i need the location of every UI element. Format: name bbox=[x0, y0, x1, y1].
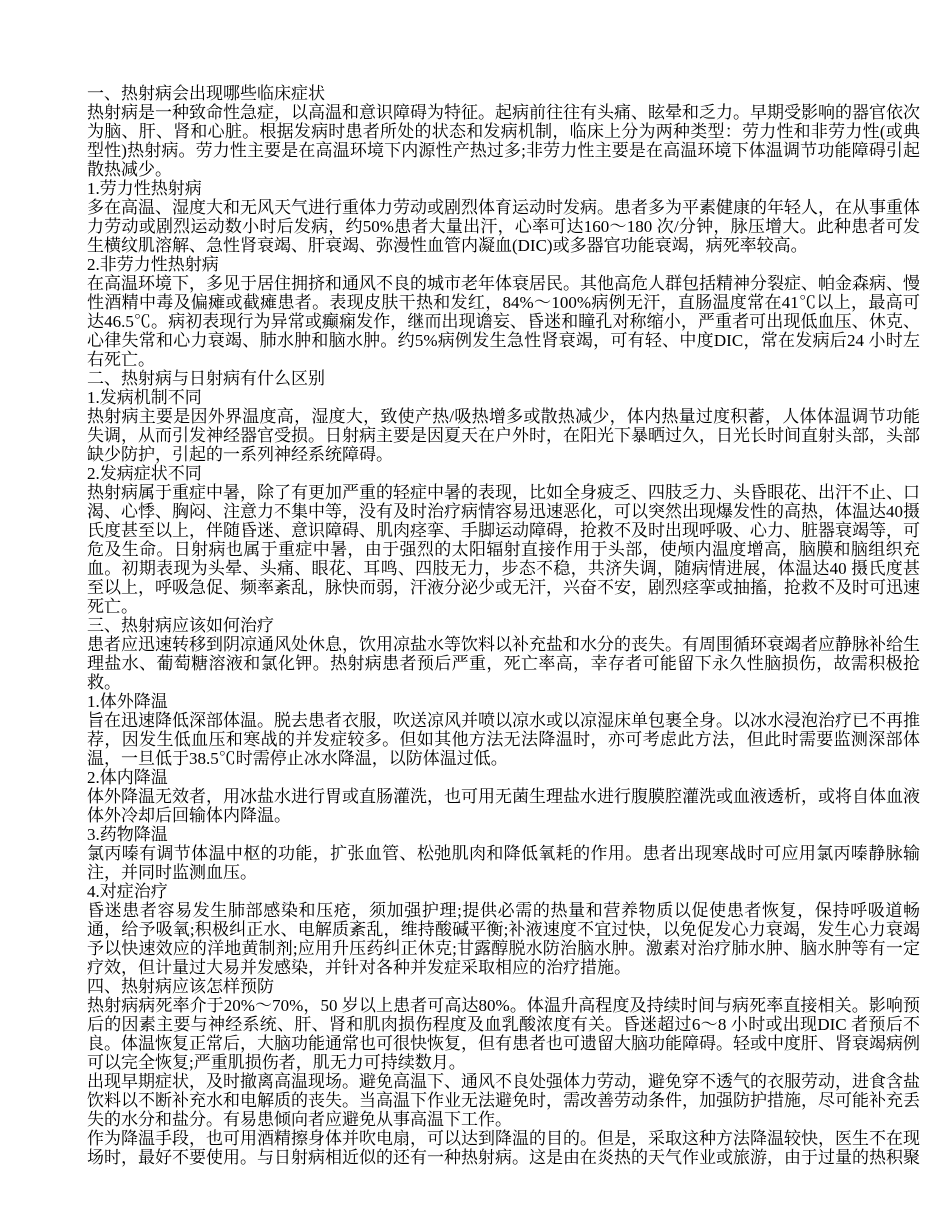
paragraph: 昏迷患者容易发生肺部感染和压疮，须加强护理;提供必需的热量和营养物质以促使患者恢… bbox=[87, 901, 920, 977]
section-heading: 二、热射病与日射病有什么区别 bbox=[87, 369, 920, 388]
paragraph: 氯丙嗪有调节体温中枢的功能，扩张血管、松弛肌肉和降低氧耗的作用。患者出现寒战时可… bbox=[87, 844, 920, 882]
section-heading: 三、热射病应该如何治疗 bbox=[87, 616, 920, 635]
paragraph: 患者应迅速转移到阴凉通风处休息，饮用凉盐水等饮料以补充盐和水分的丧失。有周围循环… bbox=[87, 635, 920, 692]
sub-heading: 2.发病症状不同 bbox=[87, 464, 920, 483]
paragraph: 热射病主要是因外界温度高，湿度大，致使产热/吸热增多或散热减少，体内热量过度积蓄… bbox=[87, 407, 920, 464]
paragraph: 多在高温、湿度大和无风天气进行重体力劳动或剧烈体育运动时发病。患者多为平素健康的… bbox=[87, 198, 920, 255]
paragraph: 旨在迅速降低深部体温。脱去患者衣服，吹送凉风并喷以凉水或以凉湿床单包裹全身。以冰… bbox=[87, 711, 920, 768]
paragraph: 体外降温无效者，用冰盐水进行胃或直肠灌洗，也可用无菌生理盐水进行腹膜腔灌洗或血液… bbox=[87, 787, 920, 825]
sub-heading: 1.劳力性热射病 bbox=[87, 179, 920, 198]
sub-heading: 1.发病机制不同 bbox=[87, 388, 920, 407]
sub-heading: 4.对症治疗 bbox=[87, 882, 920, 901]
paragraph: 作为降温手段，也可用酒精擦身体并吹电扇，可以达到降温的目的。但是，采取这种方法降… bbox=[87, 1129, 920, 1167]
sub-heading: 1.体外降温 bbox=[87, 692, 920, 711]
paragraph: 出现早期症状，及时撤离高温现场。避免高温下、通风不良处强体力劳动，避免穿不透气的… bbox=[87, 1072, 920, 1129]
paragraph: 热射病是一种致命性急症，以高温和意识障碍为特征。起病前往往有头痛、眩晕和乏力。早… bbox=[87, 103, 920, 179]
sub-heading: 2.体内降温 bbox=[87, 768, 920, 787]
paragraph: 热射病病死率介于20%～70%，50 岁以上患者可高达80%。体温升高程度及持续… bbox=[87, 996, 920, 1072]
section-heading: 四、热射病应该怎样预防 bbox=[87, 977, 920, 996]
paragraph: 热射病属于重症中暑，除了有更加严重的轻症中暑的表现，比如全身疲乏、四肢乏力、头昏… bbox=[87, 483, 920, 616]
sub-heading: 3.药物降温 bbox=[87, 825, 920, 844]
document-body: 一、热射病会出现哪些临床症状热射病是一种致命性急症，以高温和意识障碍为特征。起病… bbox=[87, 84, 920, 1167]
section-heading: 一、热射病会出现哪些临床症状 bbox=[87, 84, 920, 103]
sub-heading: 2.非劳力性热射病 bbox=[87, 255, 920, 274]
paragraph: 在高温环境下，多见于居住拥挤和通风不良的城市老年体衰居民。其他高危人群包括精神分… bbox=[87, 274, 920, 369]
